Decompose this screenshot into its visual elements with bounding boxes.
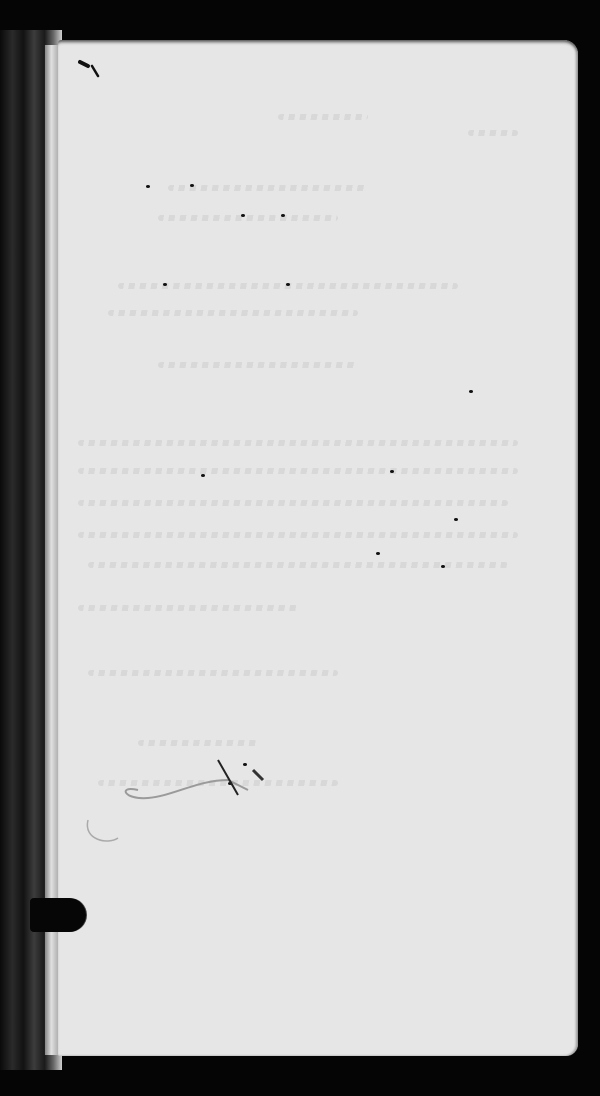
ink-speck	[146, 185, 150, 188]
bleed-through-line	[168, 185, 368, 191]
bleed-through-line	[278, 114, 368, 120]
bleed-through-line	[78, 605, 298, 611]
ink-speck	[201, 474, 205, 477]
ink-speck	[441, 565, 445, 568]
bleed-through-line	[78, 468, 518, 474]
bleed-through-line	[88, 670, 338, 676]
bleed-through-line	[158, 362, 358, 368]
ink-speck	[281, 214, 285, 217]
ink-speck	[286, 283, 290, 286]
bleed-through-line	[78, 532, 518, 538]
ink-speck	[241, 214, 245, 217]
binding-clip	[30, 898, 86, 932]
ink-speck	[390, 470, 394, 473]
bleed-through-line	[88, 562, 508, 568]
ink-speck	[454, 518, 458, 521]
signature-flourish	[78, 740, 318, 850]
bleed-through-line	[78, 440, 518, 446]
manuscript-page	[58, 40, 578, 1056]
bleed-through-line	[78, 500, 508, 506]
bleed-through-line	[158, 215, 338, 221]
ink-speck	[469, 390, 473, 393]
ink-mark	[78, 58, 108, 88]
ink-speck	[376, 552, 380, 555]
bleed-through-line	[468, 130, 518, 136]
bleed-through-line	[108, 310, 358, 316]
ink-speck	[190, 184, 194, 187]
ink-speck	[163, 283, 167, 286]
